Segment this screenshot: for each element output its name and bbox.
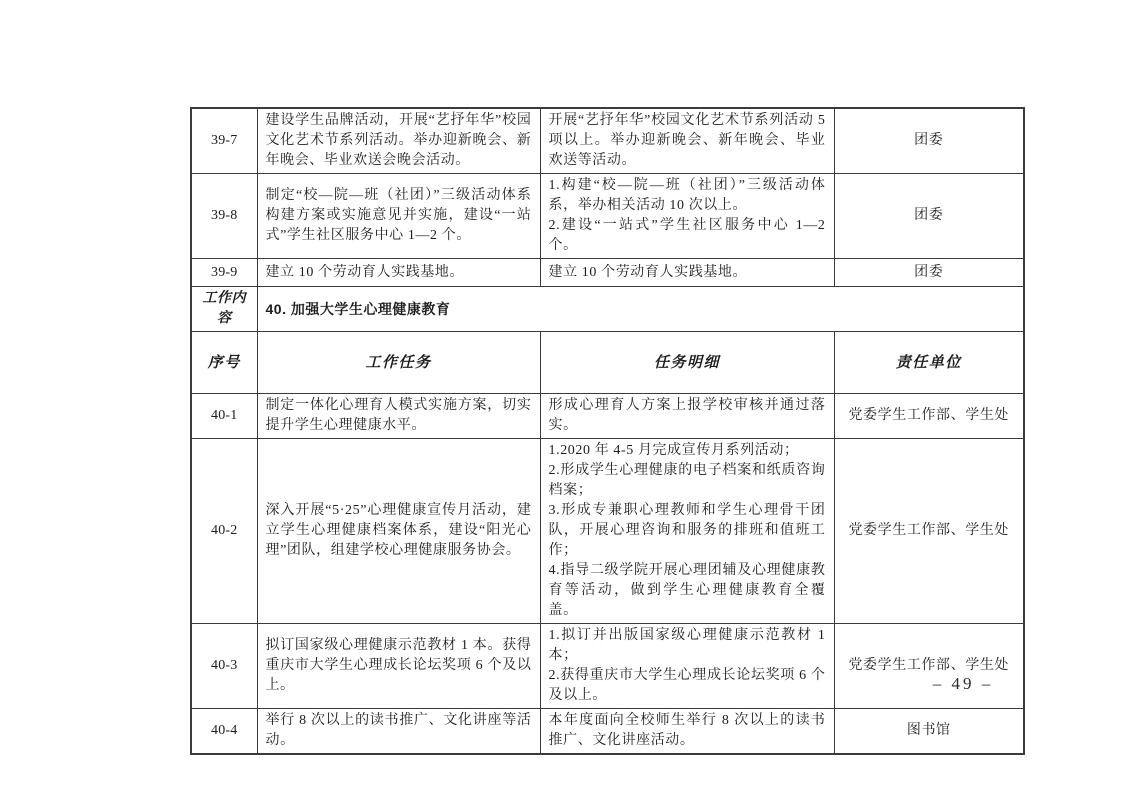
cell-task: 深入开展“5·25”心理健康宣传月活动，建立学生心理健康档案体系，建设“阳光心理…	[257, 439, 540, 624]
cell-task: 建立 10 个劳动育人实践基地。	[257, 259, 540, 287]
header-unit: 责任单位	[834, 332, 1024, 394]
cell-seq: 40-3	[191, 624, 257, 709]
table-row: 39-9 建立 10 个劳动育人实践基地。 建立 10 个劳动育人实践基地。 团…	[191, 259, 1024, 287]
table-row: 39-8 制定“校—院—班（社团）”三级活动体系构建方案或实施意见并实施，建设“…	[191, 174, 1024, 259]
header-task: 工作任务	[257, 332, 540, 394]
section-title: 40. 加强大学生心理健康教育	[257, 287, 1024, 332]
section-label: 工作内容	[191, 287, 257, 332]
detail-line: 本年度面向全校师生举行 8 次以上的读书推广、文化讲座活动。	[549, 711, 826, 751]
detail-line: 1.构建“校—院—班（社团）”三级活动体系，举办相关活动 10 次以上。	[549, 176, 826, 216]
detail-line: 1.2020 年 4-5 月完成宣传月系列活动；	[549, 441, 826, 461]
cell-seq: 40-1	[191, 394, 257, 439]
cell-detail: 1.构建“校—院—班（社团）”三级活动体系，举办相关活动 10 次以上。 2.建…	[540, 174, 834, 259]
cell-unit: 团委	[834, 108, 1024, 174]
detail-line: 2.获得重庆市大学生心理成长论坛奖项 6 个及以上。	[549, 666, 826, 706]
cell-task: 举行 8 次以上的读书推广、文化讲座等活动。	[257, 709, 540, 755]
section-row: 工作内容 40. 加强大学生心理健康教育	[191, 287, 1024, 332]
detail-line: 2.形成学生心理健康的电子档案和纸质咨询档案；	[549, 461, 826, 501]
page-number: – 49 –	[908, 674, 1018, 694]
cell-unit: 党委学生工作部、学生处	[834, 624, 1024, 709]
cell-task: 拟订国家级心理健康示范教材 1 本。获得重庆市大学生心理成长论坛奖项 6 个及以…	[257, 624, 540, 709]
table-row: 39-7 建设学生品牌活动，开展“艺抒年华”校园文化艺术节系列活动。举办迎新晚会…	[191, 108, 1024, 174]
cell-unit: 团委	[834, 174, 1024, 259]
cell-unit: 团委	[834, 259, 1024, 287]
cell-task: 制定“校—院—班（社团）”三级活动体系构建方案或实施意见并实施，建设“一站式”学…	[257, 174, 540, 259]
detail-line: 3.形成专兼职心理教师和学生心理骨干团队，开展心理咨询和服务的排班和值班工作；	[549, 501, 826, 561]
detail-line: 建立 10 个劳动育人实践基地。	[549, 263, 826, 283]
header-seq: 序号	[191, 332, 257, 394]
cell-detail: 1.拟订并出版国家级心理健康示范教材 1 本； 2.获得重庆市大学生心理成长论坛…	[540, 624, 834, 709]
cell-unit: 党委学生工作部、学生处	[834, 394, 1024, 439]
detail-line: 开展“艺抒年华”校园文化艺术节系列活动 5 项以上。举办迎新晚会、新年晚会、毕业…	[549, 111, 826, 171]
cell-detail: 建立 10 个劳动育人实践基地。	[540, 259, 834, 287]
work-plan-table: 39-7 建设学生品牌活动，开展“艺抒年华”校园文化艺术节系列活动。举办迎新晚会…	[190, 107, 1025, 755]
detail-line: 2.建设“一站式”学生社区服务中心 1—2 个。	[549, 216, 826, 256]
cell-seq: 40-4	[191, 709, 257, 755]
document-page: 39-7 建设学生品牌活动，开展“艺抒年华”校园文化艺术节系列活动。举办迎新晚会…	[0, 0, 1122, 793]
cell-seq: 39-7	[191, 108, 257, 174]
cell-seq: 39-9	[191, 259, 257, 287]
table-row: 40-4 举行 8 次以上的读书推广、文化讲座等活动。 本年度面向全校师生举行 …	[191, 709, 1024, 755]
table-row: 40-1 制定一体化心理育人模式实施方案，切实提升学生心理健康水平。 形成心理育…	[191, 394, 1024, 439]
cell-unit: 党委学生工作部、学生处	[834, 439, 1024, 624]
header-detail: 任务明细	[540, 332, 834, 394]
detail-line: 1.拟订并出版国家级心理健康示范教材 1 本；	[549, 626, 826, 666]
cell-detail: 开展“艺抒年华”校园文化艺术节系列活动 5 项以上。举办迎新晚会、新年晚会、毕业…	[540, 108, 834, 174]
cell-task: 建设学生品牌活动，开展“艺抒年华”校园文化艺术节系列活动。举办迎新晚会、新年晚会…	[257, 108, 540, 174]
cell-task: 制定一体化心理育人模式实施方案，切实提升学生心理健康水平。	[257, 394, 540, 439]
cell-detail: 1.2020 年 4-5 月完成宣传月系列活动； 2.形成学生心理健康的电子档案…	[540, 439, 834, 624]
table-row: 40-2 深入开展“5·25”心理健康宣传月活动，建立学生心理健康档案体系，建设…	[191, 439, 1024, 624]
table-row: 40-3 拟订国家级心理健康示范教材 1 本。获得重庆市大学生心理成长论坛奖项 …	[191, 624, 1024, 709]
cell-detail: 本年度面向全校师生举行 8 次以上的读书推广、文化讲座活动。	[540, 709, 834, 755]
detail-line: 形成心理育人方案上报学校审核并通过落实。	[549, 396, 826, 436]
detail-line: 4.指导二级学院开展心理团辅及心理健康教育等活动，做到学生心理健康教育全覆盖。	[549, 561, 826, 621]
cell-seq: 39-8	[191, 174, 257, 259]
cell-seq: 40-2	[191, 439, 257, 624]
cell-unit: 图书馆	[834, 709, 1024, 755]
cell-detail: 形成心理育人方案上报学校审核并通过落实。	[540, 394, 834, 439]
header-row: 序号 工作任务 任务明细 责任单位	[191, 332, 1024, 394]
